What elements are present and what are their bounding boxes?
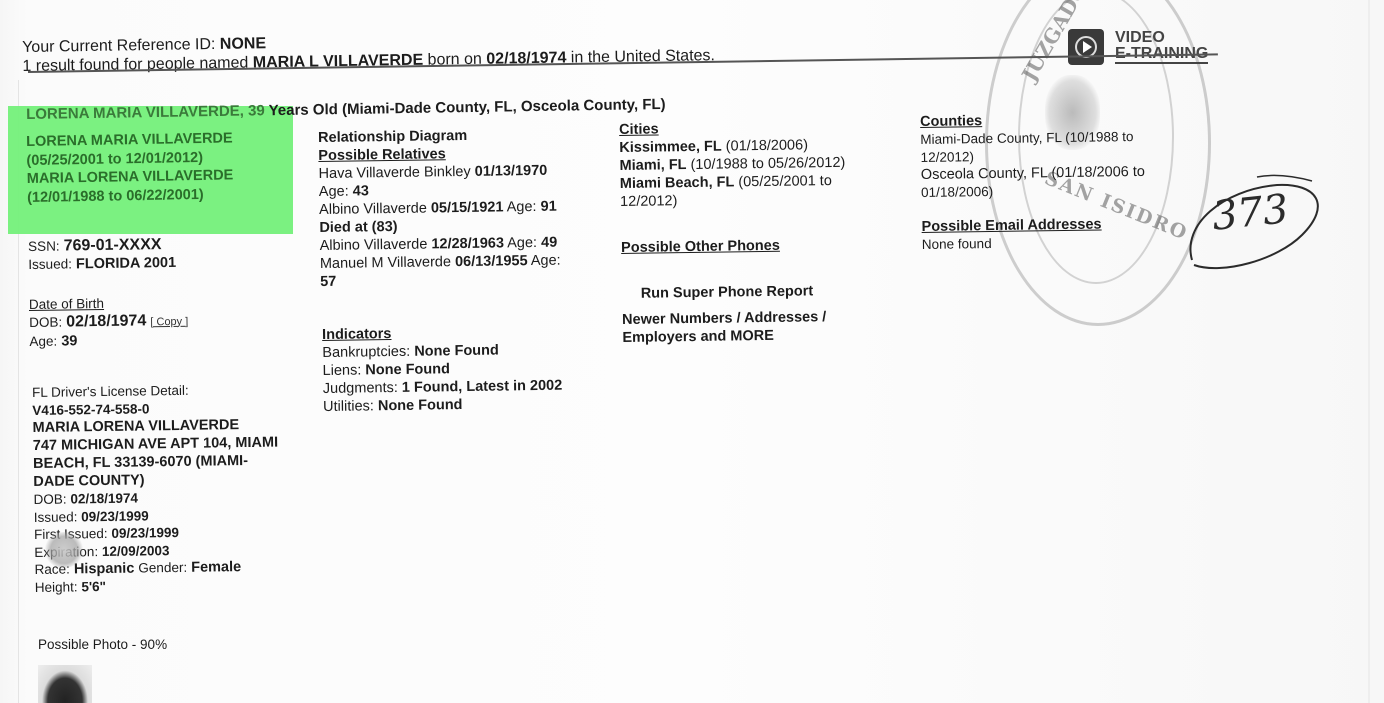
city-range: (05/25/2001 to — [738, 173, 832, 190]
possible-photo-thumbnail[interactable] — [38, 665, 92, 703]
copy-dob-link[interactable]: [ Copy ] — [150, 315, 188, 328]
relative-age: 57 — [320, 270, 561, 291]
phone-promo-text[interactable]: Newer Numbers / Addresses / — [622, 308, 826, 329]
license-first-issued-value: 09/23/1999 — [111, 525, 179, 541]
relative-age: 91 — [540, 199, 556, 215]
indicator-value: None Found — [414, 343, 499, 360]
indicator-value: None Found — [378, 397, 463, 414]
gender-value: Female — [191, 559, 241, 576]
license-dob-label: DOB: — [34, 492, 67, 507]
relative-age-label: Age: — [319, 184, 349, 200]
cities-section: Cities Kissimmee, FL (01/18/2006) Miami,… — [619, 118, 846, 211]
license-address: BEACH, FL 33139-6070 (MIAMI- — [33, 452, 278, 473]
city-name: Miami Beach, FL — [620, 174, 735, 192]
possible-photo-label: Possible Photo - 90% — [38, 636, 167, 654]
dob-value: 02/18/1974 — [66, 312, 146, 330]
relative-dob: 05/15/1921 — [431, 199, 504, 216]
ssn-issued-value: FLORIDA 2001 — [76, 255, 176, 272]
relative-age: 49 — [541, 235, 557, 251]
video-training-button[interactable] — [1068, 29, 1104, 65]
relative-dob: 01/13/1970 — [475, 163, 548, 180]
dob-heading: Date of Birth — [29, 294, 188, 314]
city-name: Miami, FL — [620, 157, 687, 174]
reference-label: Your Current Reference ID: — [22, 36, 216, 56]
indicator-label: Utilities: — [323, 398, 374, 415]
indicator-label: Bankruptcies: — [322, 344, 410, 361]
phones-section: Possible Other Phones Run Super Phone Re… — [621, 236, 827, 347]
age-value: 39 — [61, 333, 77, 349]
indicator-label: Liens: — [323, 362, 362, 379]
gender-label: Gender: — [138, 560, 187, 576]
race-value: Hispanic — [74, 561, 135, 578]
height-label: Height: — [35, 579, 78, 595]
relative-name[interactable]: Manuel M Villaverde — [320, 254, 451, 272]
city-range: (10/1988 to 05/26/2012) — [690, 155, 845, 173]
video-training-label[interactable]: VIDEO E-TRAINING — [1115, 30, 1208, 64]
license-expiration-value: 12/09/2003 — [102, 543, 170, 559]
indicator-value: 1 Found, Latest in 2002 — [402, 378, 563, 396]
run-super-phone-report-link[interactable]: Run Super Phone Report — [622, 282, 826, 303]
city-range: (01/18/2006) — [726, 137, 808, 154]
handwritten-page-number: 373 — [1210, 186, 1291, 240]
scan-smudge — [44, 532, 84, 568]
ssn-issued-label: Issued: — [28, 256, 72, 272]
identity-section: SSN: 769-01-XXXX Issued: FLORIDA 2001 Da… — [28, 236, 189, 351]
play-icon — [1083, 41, 1092, 53]
city-range: 12/2012) — [620, 190, 846, 211]
county-entry: Osceola County, FL (01/18/2006 to — [921, 163, 1145, 184]
license-issued-value: 09/23/1999 — [81, 508, 149, 524]
license-dob-value: 02/18/1974 — [70, 491, 138, 507]
city-name: Kissimmee, FL — [619, 139, 722, 156]
relative-name[interactable]: Albino Villaverde — [320, 236, 428, 254]
age-label: Age: — [29, 333, 57, 348]
height-value: 5'6" — [81, 579, 106, 594]
relatives-section: Relationship Diagram Possible Relatives … — [318, 126, 561, 291]
relative-age: 43 — [353, 183, 369, 199]
video-label-line1: VIDEO — [1115, 30, 1208, 46]
indicators-section: Indicators Bankruptcies: None Found Lien… — [322, 323, 563, 416]
relative-age-label: Age: — [531, 253, 561, 269]
ssn-label: SSN: — [28, 239, 60, 254]
relative-name[interactable]: Hava Villaverde Binkley — [319, 164, 471, 182]
indicator-value: None Found — [365, 361, 450, 378]
phone-promo-text[interactable]: Employers and MORE — [622, 326, 826, 347]
indicator-label: Judgments: — [323, 380, 398, 397]
page-edge — [1368, 0, 1370, 703]
ssn-value: 769-01-XXXX — [64, 236, 162, 254]
alias-list: LORENA MARIA VILLAVERDE (05/25/2001 to 1… — [26, 129, 234, 207]
relative-age-label: Age: — [507, 199, 537, 215]
county-entry: Miami-Dade County, FL (10/1988 to — [920, 128, 1144, 149]
counties-section: Counties Miami-Dade County, FL (10/1988 … — [920, 110, 1146, 253]
relative-dob: 12/28/1963 — [431, 235, 504, 252]
license-issued-label: Issued: — [34, 509, 78, 525]
relative-name[interactable]: Albino Villaverde — [319, 200, 427, 218]
reference-value: NONE — [220, 35, 266, 53]
relative-dob: 06/13/1955 — [455, 253, 528, 270]
email-value: None found — [922, 232, 1146, 253]
dob-label: DOB: — [29, 314, 62, 329]
relative-age-label: Age: — [507, 235, 537, 251]
alias-range: (12/01/1988 to 06/22/2001) — [27, 185, 234, 207]
